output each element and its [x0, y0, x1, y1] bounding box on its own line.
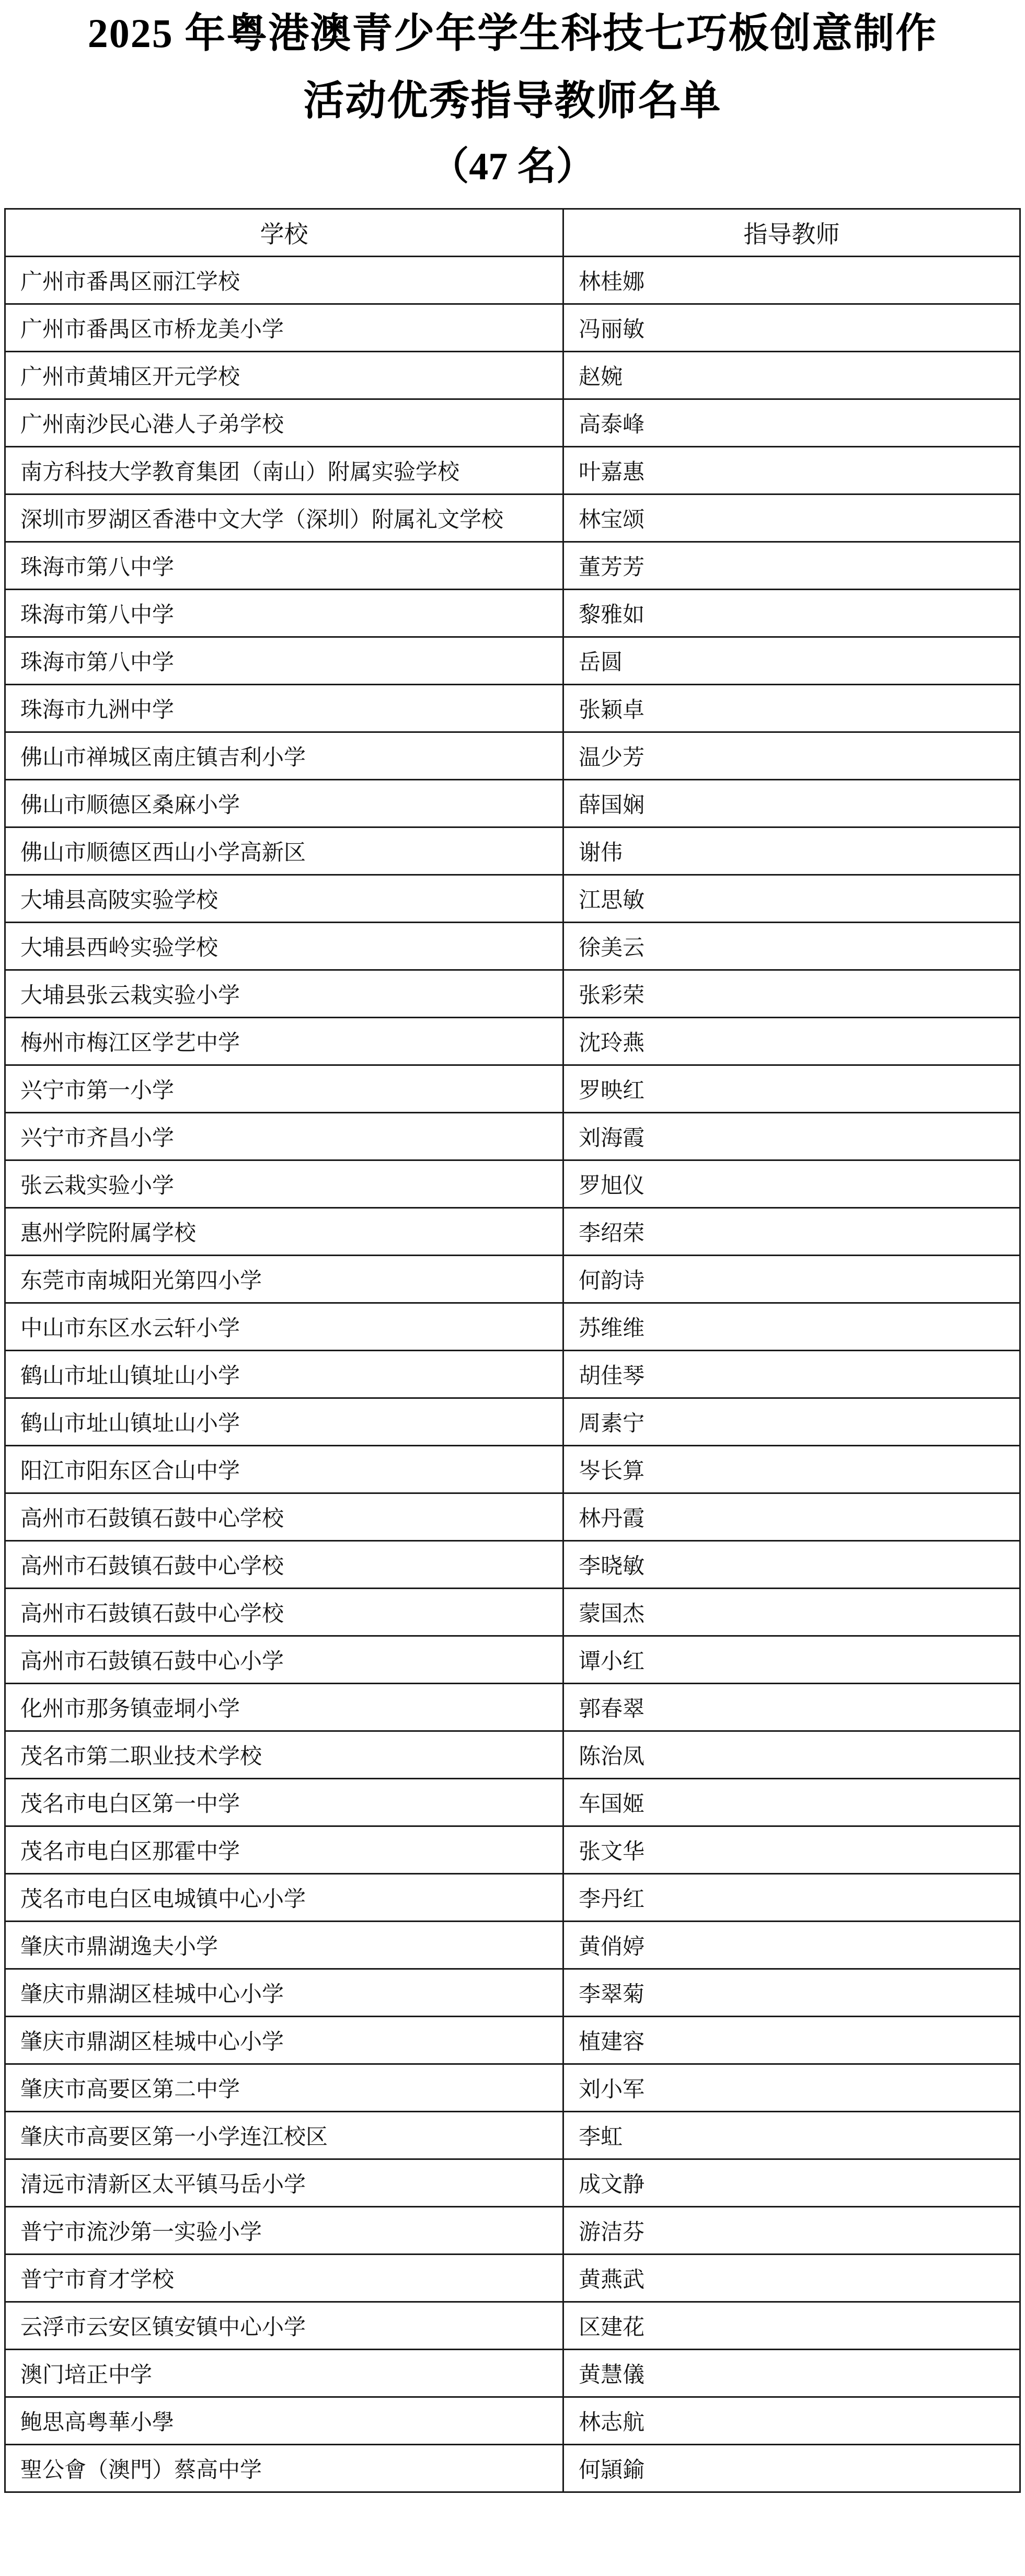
teacher-cell: 周素宁 — [563, 1398, 1020, 1446]
table-row: 肇庆市鼎湖区桂城中心小学植建容 — [5, 2017, 1020, 2064]
teacher-cell: 李虹 — [563, 2112, 1020, 2159]
school-cell: 肇庆市高要区第二中学 — [5, 2064, 563, 2112]
teacher-cell: 李翠菊 — [563, 1969, 1020, 2017]
teacher-cell: 区建花 — [563, 2302, 1020, 2350]
teacher-cell: 冯丽敏 — [563, 304, 1020, 352]
table-row: 深圳市罗湖区香港中文大学（深圳）附属礼文学校林宝颂 — [5, 494, 1020, 542]
school-cell: 珠海市第八中学 — [5, 542, 563, 590]
table-row: 鹤山市址山镇址山小学周素宁 — [5, 1398, 1020, 1446]
table-row: 聖公會（澳門）蔡高中学何頴鍮 — [5, 2445, 1020, 2492]
school-cell: 珠海市九洲中学 — [5, 685, 563, 732]
school-cell: 珠海市第八中学 — [5, 637, 563, 685]
teacher-cell: 胡佳琴 — [563, 1351, 1020, 1398]
teacher-cell: 游洁芬 — [563, 2207, 1020, 2255]
table-row: 中山市东区水云轩小学苏维维 — [5, 1303, 1020, 1351]
school-cell: 南方科技大学教育集团（南山）附属实验学校 — [5, 447, 563, 494]
table-row: 普宁市育才学校黄燕武 — [5, 2255, 1020, 2302]
school-cell: 佛山市顺德区桑麻小学 — [5, 780, 563, 827]
table-row: 广州市番禺区市桥龙美小学冯丽敏 — [5, 304, 1020, 352]
teacher-cell: 林丹霞 — [563, 1493, 1020, 1541]
teacher-cell: 张彩荣 — [563, 970, 1020, 1018]
teacher-cell: 徐美云 — [563, 923, 1020, 970]
table-row: 南方科技大学教育集团（南山）附属实验学校叶嘉惠 — [5, 447, 1020, 494]
table-row: 梅州市梅江区学艺中学沈玲燕 — [5, 1018, 1020, 1065]
teacher-cell: 林志航 — [563, 2397, 1020, 2445]
school-cell: 鹤山市址山镇址山小学 — [5, 1351, 563, 1398]
page-title-line2: 活动优秀指导教师名单 — [0, 80, 1025, 121]
teacher-cell: 何頴鍮 — [563, 2445, 1020, 2492]
school-cell: 深圳市罗湖区香港中文大学（深圳）附属礼文学校 — [5, 494, 563, 542]
school-cell: 澳门培正中学 — [5, 2350, 563, 2397]
teacher-cell: 温少芳 — [563, 732, 1020, 780]
school-cell: 茂名市第二职业技术学校 — [5, 1731, 563, 1779]
table-row: 高州市石鼓镇石鼓中心学校蒙国杰 — [5, 1589, 1020, 1636]
school-cell: 广州南沙民心港人子弟学校 — [5, 399, 563, 447]
table-row: 东莞市南城阳光第四小学何韵诗 — [5, 1256, 1020, 1303]
school-cell: 清远市清新区太平镇马岳小学 — [5, 2159, 563, 2207]
teacher-cell: 陈治凤 — [563, 1731, 1020, 1779]
table-row: 清远市清新区太平镇马岳小学成文静 — [5, 2159, 1020, 2207]
school-cell: 大埔县高陂实验学校 — [5, 875, 563, 923]
school-cell: 阳江市阳东区合山中学 — [5, 1446, 563, 1493]
teacher-cell: 岳圆 — [563, 637, 1020, 685]
table-row: 佛山市顺德区西山小学高新区谢伟 — [5, 827, 1020, 875]
teacher-cell: 沈玲燕 — [563, 1018, 1020, 1065]
school-cell: 大埔县西岭实验学校 — [5, 923, 563, 970]
school-cell: 肇庆市高要区第一小学连江校区 — [5, 2112, 563, 2159]
teacher-cell: 赵婉 — [563, 352, 1020, 399]
school-cell: 聖公會（澳門）蔡高中学 — [5, 2445, 563, 2492]
teacher-cell: 高泰峰 — [563, 399, 1020, 447]
table-row: 普宁市流沙第一实验小学游洁芬 — [5, 2207, 1020, 2255]
teacher-cell: 车国姬 — [563, 1779, 1020, 1826]
school-cell: 梅州市梅江区学艺中学 — [5, 1018, 563, 1065]
teacher-cell: 蒙国杰 — [563, 1589, 1020, 1636]
school-cell: 肇庆市鼎湖逸夫小学 — [5, 1922, 563, 1969]
teacher-roster-table: 学校 指导教师 广州市番禺区丽江学校林桂娜广州市番禺区市桥龙美小学冯丽敏广州市黄… — [4, 208, 1021, 2493]
table-row: 兴宁市齐昌小学刘海霞 — [5, 1113, 1020, 1160]
table-row: 广州南沙民心港人子弟学校高泰峰 — [5, 399, 1020, 447]
teacher-cell: 林桂娜 — [563, 257, 1020, 304]
teacher-cell: 成文静 — [563, 2159, 1020, 2207]
teacher-cell: 刘小军 — [563, 2064, 1020, 2112]
teacher-cell: 李晓敏 — [563, 1541, 1020, 1589]
table-row: 兴宁市第一小学罗映红 — [5, 1065, 1020, 1113]
table-row: 佛山市禅城区南庄镇吉利小学温少芳 — [5, 732, 1020, 780]
table-row: 珠海市九洲中学张颖卓 — [5, 685, 1020, 732]
school-cell: 鹤山市址山镇址山小学 — [5, 1398, 563, 1446]
teacher-cell: 谭小红 — [563, 1636, 1020, 1684]
teacher-cell: 李丹红 — [563, 1874, 1020, 1922]
school-cell: 肇庆市鼎湖区桂城中心小学 — [5, 2017, 563, 2064]
school-cell: 佛山市禅城区南庄镇吉利小学 — [5, 732, 563, 780]
teacher-cell: 植建容 — [563, 2017, 1020, 2064]
school-cell: 中山市东区水云轩小学 — [5, 1303, 563, 1351]
school-cell: 东莞市南城阳光第四小学 — [5, 1256, 563, 1303]
teacher-cell: 张颖卓 — [563, 685, 1020, 732]
teacher-cell: 董芳芳 — [563, 542, 1020, 590]
teacher-cell: 黄俏婷 — [563, 1922, 1020, 1969]
teacher-cell: 谢伟 — [563, 827, 1020, 875]
school-cell: 广州市番禺区丽江学校 — [5, 257, 563, 304]
school-cell: 广州市黄埔区开元学校 — [5, 352, 563, 399]
table-row: 大埔县西岭实验学校徐美云 — [5, 923, 1020, 970]
table-row: 大埔县高陂实验学校江思敏 — [5, 875, 1020, 923]
school-cell: 惠州学院附属学校 — [5, 1208, 563, 1256]
table-row: 大埔县张云栽实验小学张彩荣 — [5, 970, 1020, 1018]
school-cell: 鲍思高粤華小學 — [5, 2397, 563, 2445]
teacher-cell: 何韵诗 — [563, 1256, 1020, 1303]
teacher-cell: 罗映红 — [563, 1065, 1020, 1113]
school-cell: 高州市石鼓镇石鼓中心学校 — [5, 1589, 563, 1636]
teacher-cell: 黄燕武 — [563, 2255, 1020, 2302]
teacher-cell: 薛国娴 — [563, 780, 1020, 827]
school-cell: 普宁市流沙第一实验小学 — [5, 2207, 563, 2255]
table-row: 广州市番禺区丽江学校林桂娜 — [5, 257, 1020, 304]
teacher-cell: 黎雅如 — [563, 590, 1020, 637]
teacher-cell: 李绍荣 — [563, 1208, 1020, 1256]
school-cell: 茂名市电白区电城镇中心小学 — [5, 1874, 563, 1922]
teacher-column-header: 指导教师 — [563, 209, 1020, 257]
table-row: 澳门培正中学黄慧儀 — [5, 2350, 1020, 2397]
table-row: 张云栽实验小学罗旭仪 — [5, 1160, 1020, 1208]
table-row: 肇庆市鼎湖区桂城中心小学李翠菊 — [5, 1969, 1020, 2017]
teacher-cell: 罗旭仪 — [563, 1160, 1020, 1208]
table-row: 高州市石鼓镇石鼓中心学校李晓敏 — [5, 1541, 1020, 1589]
table-row: 茂名市电白区第一中学车国姬 — [5, 1779, 1020, 1826]
page-title-count: （47 名） — [0, 147, 1025, 186]
teacher-cell: 岑长算 — [563, 1446, 1020, 1493]
teacher-cell: 林宝颂 — [563, 494, 1020, 542]
table-row: 珠海市第八中学董芳芳 — [5, 542, 1020, 590]
school-cell: 普宁市育才学校 — [5, 2255, 563, 2302]
teacher-cell: 苏维维 — [563, 1303, 1020, 1351]
table-row: 鲍思高粤華小學林志航 — [5, 2397, 1020, 2445]
table-row: 肇庆市高要区第二中学刘小军 — [5, 2064, 1020, 2112]
table-row: 珠海市第八中学岳圆 — [5, 637, 1020, 685]
table-row: 高州市石鼓镇石鼓中心学校林丹霞 — [5, 1493, 1020, 1541]
table-row: 高州市石鼓镇石鼓中心小学谭小红 — [5, 1636, 1020, 1684]
teacher-cell: 江思敏 — [563, 875, 1020, 923]
page-title-line1: 2025 年粤港澳青少年学生科技七巧板创意制作 — [0, 9, 1025, 57]
school-cell: 兴宁市第一小学 — [5, 1065, 563, 1113]
table-row: 佛山市顺德区桑麻小学薛国娴 — [5, 780, 1020, 827]
school-cell: 化州市那务镇壶垌小学 — [5, 1684, 563, 1731]
school-cell: 茂名市电白区那霍中学 — [5, 1826, 563, 1874]
table-row: 珠海市第八中学黎雅如 — [5, 590, 1020, 637]
teacher-cell: 郭春翠 — [563, 1684, 1020, 1731]
table-row: 云浮市云安区镇安镇中心小学区建花 — [5, 2302, 1020, 2350]
school-cell: 肇庆市鼎湖区桂城中心小学 — [5, 1969, 563, 2017]
table-row: 鹤山市址山镇址山小学胡佳琴 — [5, 1351, 1020, 1398]
table-row: 惠州学院附属学校李绍荣 — [5, 1208, 1020, 1256]
table-row: 广州市黄埔区开元学校赵婉 — [5, 352, 1020, 399]
school-cell: 高州市石鼓镇石鼓中心学校 — [5, 1541, 563, 1589]
school-cell: 茂名市电白区第一中学 — [5, 1779, 563, 1826]
school-cell: 兴宁市齐昌小学 — [5, 1113, 563, 1160]
table-row: 化州市那务镇壶垌小学郭春翠 — [5, 1684, 1020, 1731]
school-cell: 珠海市第八中学 — [5, 590, 563, 637]
teacher-cell: 叶嘉惠 — [563, 447, 1020, 494]
school-cell: 广州市番禺区市桥龙美小学 — [5, 304, 563, 352]
teacher-cell: 黄慧儀 — [563, 2350, 1020, 2397]
table-row: 茂名市电白区那霍中学张文华 — [5, 1826, 1020, 1874]
table-body: 广州市番禺区丽江学校林桂娜广州市番禺区市桥龙美小学冯丽敏广州市黄埔区开元学校赵婉… — [5, 257, 1020, 2492]
school-cell: 佛山市顺德区西山小学高新区 — [5, 827, 563, 875]
school-cell: 云浮市云安区镇安镇中心小学 — [5, 2302, 563, 2350]
table-row: 阳江市阳东区合山中学岑长算 — [5, 1446, 1020, 1493]
table-row: 茂名市第二职业技术学校陈治凤 — [5, 1731, 1020, 1779]
school-cell: 大埔县张云栽实验小学 — [5, 970, 563, 1018]
teacher-cell: 张文华 — [563, 1826, 1020, 1874]
school-cell: 高州市石鼓镇石鼓中心学校 — [5, 1493, 563, 1541]
table-header-row: 学校 指导教师 — [5, 209, 1020, 257]
school-cell: 高州市石鼓镇石鼓中心小学 — [5, 1636, 563, 1684]
teacher-cell: 刘海霞 — [563, 1113, 1020, 1160]
table-row: 肇庆市高要区第一小学连江校区李虹 — [5, 2112, 1020, 2159]
school-cell: 张云栽实验小学 — [5, 1160, 563, 1208]
school-column-header: 学校 — [5, 209, 563, 257]
table-row: 茂名市电白区电城镇中心小学李丹红 — [5, 1874, 1020, 1922]
page-title: 2025 年粤港澳青少年学生科技七巧板创意制作 活动优秀指导教师名单 （47 名… — [0, 0, 1025, 186]
table-row: 肇庆市鼎湖逸夫小学黄俏婷 — [5, 1922, 1020, 1969]
